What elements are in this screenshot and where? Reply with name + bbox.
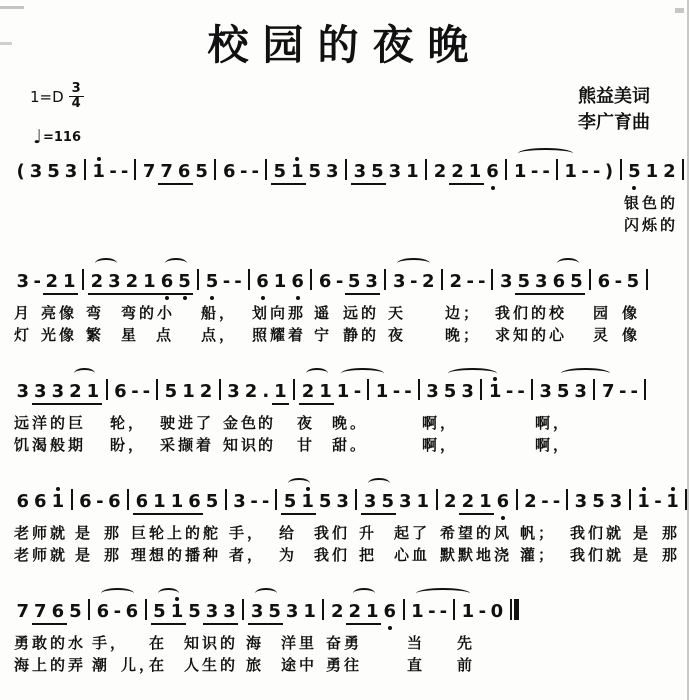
note: 3 (572, 492, 590, 513)
barline (293, 379, 295, 400)
lyric-segment: 当 (407, 632, 425, 653)
note: 5 (626, 162, 644, 183)
duration-dash: - (141, 382, 152, 403)
duration-dash: - (529, 162, 540, 183)
note: 5 (162, 382, 180, 403)
lyric-segment: 是 (75, 544, 93, 565)
note: 6 (94, 602, 112, 623)
lyric-segment: 是 (633, 522, 651, 543)
barline (367, 379, 369, 400)
duration-dash: - (248, 492, 259, 513)
slur (95, 258, 117, 269)
lyric-segment: 我们 (314, 522, 350, 543)
beam-group: 21 (43, 272, 78, 295)
note: 3 (106, 272, 124, 293)
final-barline-thick (514, 599, 519, 620)
note: 5 (515, 272, 533, 293)
octave-dot-low (165, 296, 169, 300)
lyric-segment: 手， (92, 632, 128, 653)
barline (106, 379, 108, 400)
note: 5 (316, 492, 334, 513)
slur (561, 368, 610, 379)
time-signature-lower: 4 (69, 97, 84, 111)
note: 1 (168, 602, 186, 623)
duration-dash: - (94, 492, 105, 513)
note: 3 (607, 492, 625, 513)
barline (345, 159, 347, 180)
note: 7 (158, 162, 176, 183)
barline (505, 159, 507, 180)
note: 3 (390, 272, 408, 293)
lyric-segment: 在 (149, 632, 167, 653)
barline (310, 269, 312, 290)
lyric-segment: 我们就 (570, 544, 624, 565)
lyric-segment: 遥 (314, 302, 332, 323)
lyric-segment: 帆； (520, 522, 556, 543)
lyric-segment: 勇敢的水 (14, 632, 86, 653)
lyric-segment: 灌； (520, 544, 556, 565)
octave-dot-low (183, 296, 187, 300)
credits: 熊益美词 李广育曲 (578, 84, 650, 136)
lyric-segment: 远洋的巨 (14, 412, 86, 433)
octave-dot-high (56, 487, 60, 491)
duration-dash: - (32, 272, 43, 293)
duration-dash: - (238, 162, 249, 183)
note: 2 (346, 602, 364, 623)
lyric-segment: 静的 (343, 324, 379, 345)
scan-artifact (687, 0, 689, 700)
lyric-segment: 旅 (246, 654, 264, 675)
slur (416, 588, 470, 599)
barline (384, 269, 386, 290)
slur (288, 478, 310, 489)
note: 3 (351, 162, 369, 183)
lyric-segment: 那 (662, 522, 680, 543)
duration-dash: - (539, 492, 550, 513)
note: 5 (176, 272, 194, 293)
lyric-segment: 啊， (422, 434, 458, 455)
duration-dash: - (391, 382, 402, 403)
note: 2 (661, 162, 679, 183)
lyric-segment: 天 (388, 302, 406, 323)
note: 5 (151, 602, 169, 623)
note: 2 (299, 382, 317, 403)
note: 6 (77, 492, 95, 513)
note: 1 (404, 162, 422, 183)
duration-dash: - (129, 382, 140, 403)
music-line: 77656-651533353122161--1-0勇敢的水手，在知识的海洋里奋… (14, 586, 684, 696)
note: 6 (106, 492, 124, 513)
lyric-segment: 升 (359, 522, 377, 543)
duration-dash: - (119, 162, 130, 183)
lyricist-credit: 熊益美词 (578, 84, 650, 110)
song-title: 校园的夜晚 (0, 12, 690, 71)
lyric-segment: 划向那 (252, 302, 306, 323)
note: 2 (123, 272, 141, 293)
octave-dot-low (501, 516, 505, 520)
barline (403, 599, 405, 620)
beam-group: 61 (133, 492, 168, 515)
note: 1 (151, 492, 169, 513)
music-lines: (3531--77656--5153353122161--1--)512银色的闪… (14, 146, 684, 696)
barline (156, 379, 158, 400)
barline (219, 379, 221, 400)
barline (418, 379, 420, 400)
note: 1 (373, 382, 391, 403)
note: 5 (186, 602, 204, 623)
lyric-segment: 驶进了 (160, 412, 214, 433)
barline (134, 159, 136, 180)
rest-note: 0 (488, 602, 506, 623)
barline (248, 269, 250, 290)
barline (480, 379, 482, 400)
lyric-segment: 为 (279, 544, 297, 565)
note: 5 (45, 162, 63, 183)
lyric-segment: 我们的校 (495, 302, 567, 323)
lyric-segment: 灵 (593, 324, 611, 345)
duration-dash: - (352, 382, 363, 403)
duration-dash: - (334, 272, 345, 293)
note: 2 (449, 162, 467, 183)
note: 1 (301, 602, 319, 623)
duration-dash: - (465, 272, 476, 293)
lyric-segment: 知识的 (184, 632, 238, 653)
beam-group: 51 (271, 162, 306, 185)
note: 5 (271, 162, 289, 183)
lyric-segment: 的 (258, 412, 276, 433)
note: 1 (409, 602, 427, 623)
beam-group: 35 (248, 602, 283, 625)
lyric-segment: 前 (457, 654, 475, 675)
barline (265, 159, 267, 180)
lyric-segment: 甘 (297, 434, 315, 455)
note: 1 (299, 492, 317, 513)
octave-dot-low (388, 626, 392, 630)
barline (82, 269, 84, 290)
lyric-segment: 啊， (535, 434, 571, 455)
barline (88, 599, 90, 620)
slur (165, 258, 187, 269)
beam-group: 16 (168, 492, 203, 515)
beam-group: 33 (32, 382, 67, 405)
note: 5 (193, 162, 211, 183)
beam-group: 51 (151, 602, 186, 625)
beam-group: 53 (515, 272, 550, 295)
lyric-segment: 给 (279, 522, 297, 543)
lyric-segment: 晚； (445, 324, 481, 345)
note: 3 (533, 272, 551, 293)
note: 1 (477, 492, 495, 513)
note: 5 (590, 492, 608, 513)
note: 5 (67, 602, 85, 623)
note: 3 (283, 602, 301, 623)
lyric-segment: 希望的风 (440, 522, 512, 543)
phrase-paren: ( (14, 162, 27, 183)
key-time-signature: 1=D 3 4 (30, 82, 84, 112)
barline (242, 599, 244, 620)
beam-group: 35 (361, 492, 396, 515)
note: 3 (49, 382, 67, 403)
barline (84, 159, 86, 180)
note: 1 (90, 162, 108, 183)
lyric-segment: 理想的播种 (131, 544, 221, 565)
note: 2 (447, 272, 465, 293)
music-line: 3-212321655--6166-533-22--353656-5月亮像弯弯的… (14, 256, 684, 366)
beam-group: 21 (67, 382, 102, 405)
barline (566, 489, 568, 510)
note: 3 (225, 382, 243, 403)
duration-dash: - (426, 602, 437, 623)
lyric-segment: 弯的小 (121, 302, 175, 323)
note: 6 (381, 602, 399, 623)
quarter-note-icon: ♩ (33, 126, 42, 148)
note: 1 (49, 492, 67, 513)
beam-group: 21 (449, 162, 484, 185)
note: 1 (334, 382, 352, 403)
barline (197, 269, 199, 290)
lyric-segment: 宁 (314, 324, 332, 345)
note: 1 (364, 602, 382, 623)
note: 1 (562, 162, 580, 183)
note: 5 (554, 382, 572, 403)
duration-dash: - (515, 382, 526, 403)
duration-dash: - (628, 382, 639, 403)
lyric-segment: 潮 (92, 654, 110, 675)
duration-dash: - (112, 602, 123, 623)
note: 1 (272, 382, 290, 403)
note: 6 (550, 272, 568, 293)
octave-dot-low (210, 296, 214, 300)
note: 5 (345, 272, 363, 293)
duration-dash: - (613, 272, 624, 293)
note: 3 (231, 492, 249, 513)
note: 3 (334, 492, 352, 513)
lyric-segment: 闪烁的 (624, 214, 678, 235)
barline (629, 489, 631, 510)
slur (518, 148, 573, 159)
barline (225, 489, 227, 510)
beam-group: 21 (299, 382, 334, 405)
lyric-segment: 点， (201, 324, 237, 345)
slur (341, 368, 384, 379)
lyric-segment: 夜 (297, 412, 315, 433)
note: 6 (494, 492, 512, 513)
barline (516, 489, 518, 510)
duration-dash: - (402, 382, 413, 403)
note: 2 (431, 162, 449, 183)
final-barline (510, 599, 519, 620)
lyric-segment: 弯 (86, 302, 104, 323)
note: 5 (624, 272, 642, 293)
note: 3 (32, 382, 50, 403)
barline (453, 599, 455, 620)
lyric-segment: 海上的弄 (14, 654, 86, 675)
note: 6 (133, 492, 151, 513)
lyric-segment: 照耀着 (252, 324, 306, 345)
duration-dash: - (540, 162, 551, 183)
beam-group: 51 (281, 492, 316, 515)
note: 2 (88, 272, 106, 293)
lyric-segment: 我们就 (570, 522, 624, 543)
note: 6 (254, 272, 272, 293)
barline (682, 159, 684, 180)
barline (589, 269, 591, 290)
lyric-segment: 巨轮上的舵 (131, 522, 221, 543)
augmentation-dot: . (260, 382, 272, 403)
lyric-segment: 像 (622, 302, 640, 323)
note: 1 (486, 382, 504, 403)
lyric-segment: 那 (104, 522, 122, 543)
lyric-segment: 起了 (394, 522, 430, 543)
lyric-segment: 心血 (394, 544, 430, 565)
lyric-segment: 船， (201, 302, 237, 323)
note: 3 (14, 272, 32, 293)
duration-dash: - (249, 162, 260, 183)
lyric-segment: 边； (445, 302, 481, 323)
note: 6 (595, 272, 613, 293)
note: 6 (484, 162, 502, 183)
note: 1 (61, 272, 79, 293)
octave-dot-high (97, 157, 101, 161)
beam-group: 35 (351, 162, 386, 185)
note: 6 (123, 602, 141, 623)
note: 7 (140, 162, 158, 183)
duration-dash: - (551, 492, 562, 513)
note: 6 (14, 492, 32, 513)
barline (620, 159, 622, 180)
note: 1 (635, 492, 653, 513)
lyric-segment: 亮像 (41, 302, 77, 323)
note: 1 (643, 162, 661, 183)
note: 2 (522, 492, 540, 513)
beam-group: 21 (346, 602, 381, 625)
lyric-segment: 啊， (535, 412, 571, 433)
note: 2 (67, 382, 85, 403)
barline (127, 489, 129, 510)
duration-dash: - (408, 272, 419, 293)
note: 6 (220, 162, 238, 183)
beam-group: 65 (158, 272, 193, 295)
duration-dash: - (221, 272, 232, 293)
lyric-segment: 灯 (14, 324, 32, 345)
note: 6 (32, 492, 50, 513)
note: 1 (459, 602, 477, 623)
note: 7 (14, 602, 32, 623)
lyric-segment: 手， (229, 522, 265, 543)
note: 3 (537, 382, 555, 403)
barline (646, 269, 648, 290)
barline (322, 599, 324, 620)
beam-group: 23 (88, 272, 123, 295)
phrase-paren: ) (602, 162, 615, 183)
note: 5 (306, 162, 324, 183)
note: 3 (221, 602, 239, 623)
duration-dash: - (591, 162, 602, 183)
duration-dash: - (652, 492, 663, 513)
barline (644, 379, 646, 400)
note: 1 (511, 162, 529, 183)
barline (214, 159, 216, 180)
note: 2 (328, 602, 346, 623)
barline (531, 379, 533, 400)
note: 2 (242, 382, 260, 403)
lyric-segment: 在 (149, 654, 167, 675)
barline (556, 159, 558, 180)
note: 2 (197, 382, 215, 403)
lyric-segment: 知识 (223, 434, 259, 455)
note: 6 (186, 492, 204, 513)
barline (491, 269, 493, 290)
barline (425, 159, 427, 180)
duration-dash: - (579, 162, 590, 183)
slur (158, 588, 179, 599)
note: 1 (168, 492, 186, 513)
lyric-segment: 老师就 (14, 522, 68, 543)
lyric-segment: 啊， (422, 412, 458, 433)
lyric-segment: 是 (633, 544, 651, 565)
time-signature: 3 4 (69, 82, 84, 112)
lyric-segment: 轮， (110, 412, 146, 433)
barline (145, 599, 147, 620)
key-signature: 1=D (30, 88, 64, 106)
note: 3 (363, 272, 381, 293)
lyric-segment: 晚。 (332, 412, 368, 433)
barline (71, 489, 73, 510)
duration-dash: - (476, 272, 487, 293)
note: 5 (441, 382, 459, 403)
note: 3 (203, 602, 221, 623)
lyric-segment: 把 (359, 544, 377, 565)
note: 3 (424, 382, 442, 403)
note-row: (3531--77656--5153353122161--1--)512 (14, 146, 684, 185)
lyric-segment: 银色的 (624, 192, 678, 213)
lyric-segment: 我们 (314, 544, 350, 565)
octave-dot-low (632, 186, 636, 190)
lyric-segment: 像 (622, 324, 640, 345)
note: 3 (572, 382, 590, 403)
note: 1 (466, 162, 484, 183)
lyric-segment: 是 (75, 522, 93, 543)
lyric-segment: 勇往 (326, 654, 362, 675)
note: 6 (49, 602, 67, 623)
beam-group: 65 (550, 272, 585, 295)
octave-dot-low (261, 296, 265, 300)
slur (397, 258, 430, 269)
duration-dash: - (107, 162, 118, 183)
octave-dot-low (491, 186, 495, 190)
lyric-segment: 老师就 (14, 544, 68, 565)
beam-group: 21 (123, 272, 158, 295)
lyric-segment: 洋里 (281, 632, 317, 653)
lyric-segment: 饥渴般期 (14, 434, 86, 455)
note: 3 (27, 162, 45, 183)
time-signature-upper: 3 (69, 82, 84, 97)
slur (74, 368, 95, 379)
note: 1 (180, 382, 198, 403)
note: 6 (175, 162, 193, 183)
slur (557, 258, 579, 269)
octave-dot-high (642, 487, 646, 491)
lyric-segment: 直 (407, 654, 425, 675)
note: 5 (203, 492, 221, 513)
note: 3 (62, 162, 80, 183)
note: 1 (84, 382, 102, 403)
duration-dash: - (477, 602, 488, 623)
slur (448, 368, 497, 379)
lyric-segment: 奋勇 (326, 632, 362, 653)
note: 5 (203, 272, 221, 293)
lyric-segment: 远的 (343, 302, 379, 323)
